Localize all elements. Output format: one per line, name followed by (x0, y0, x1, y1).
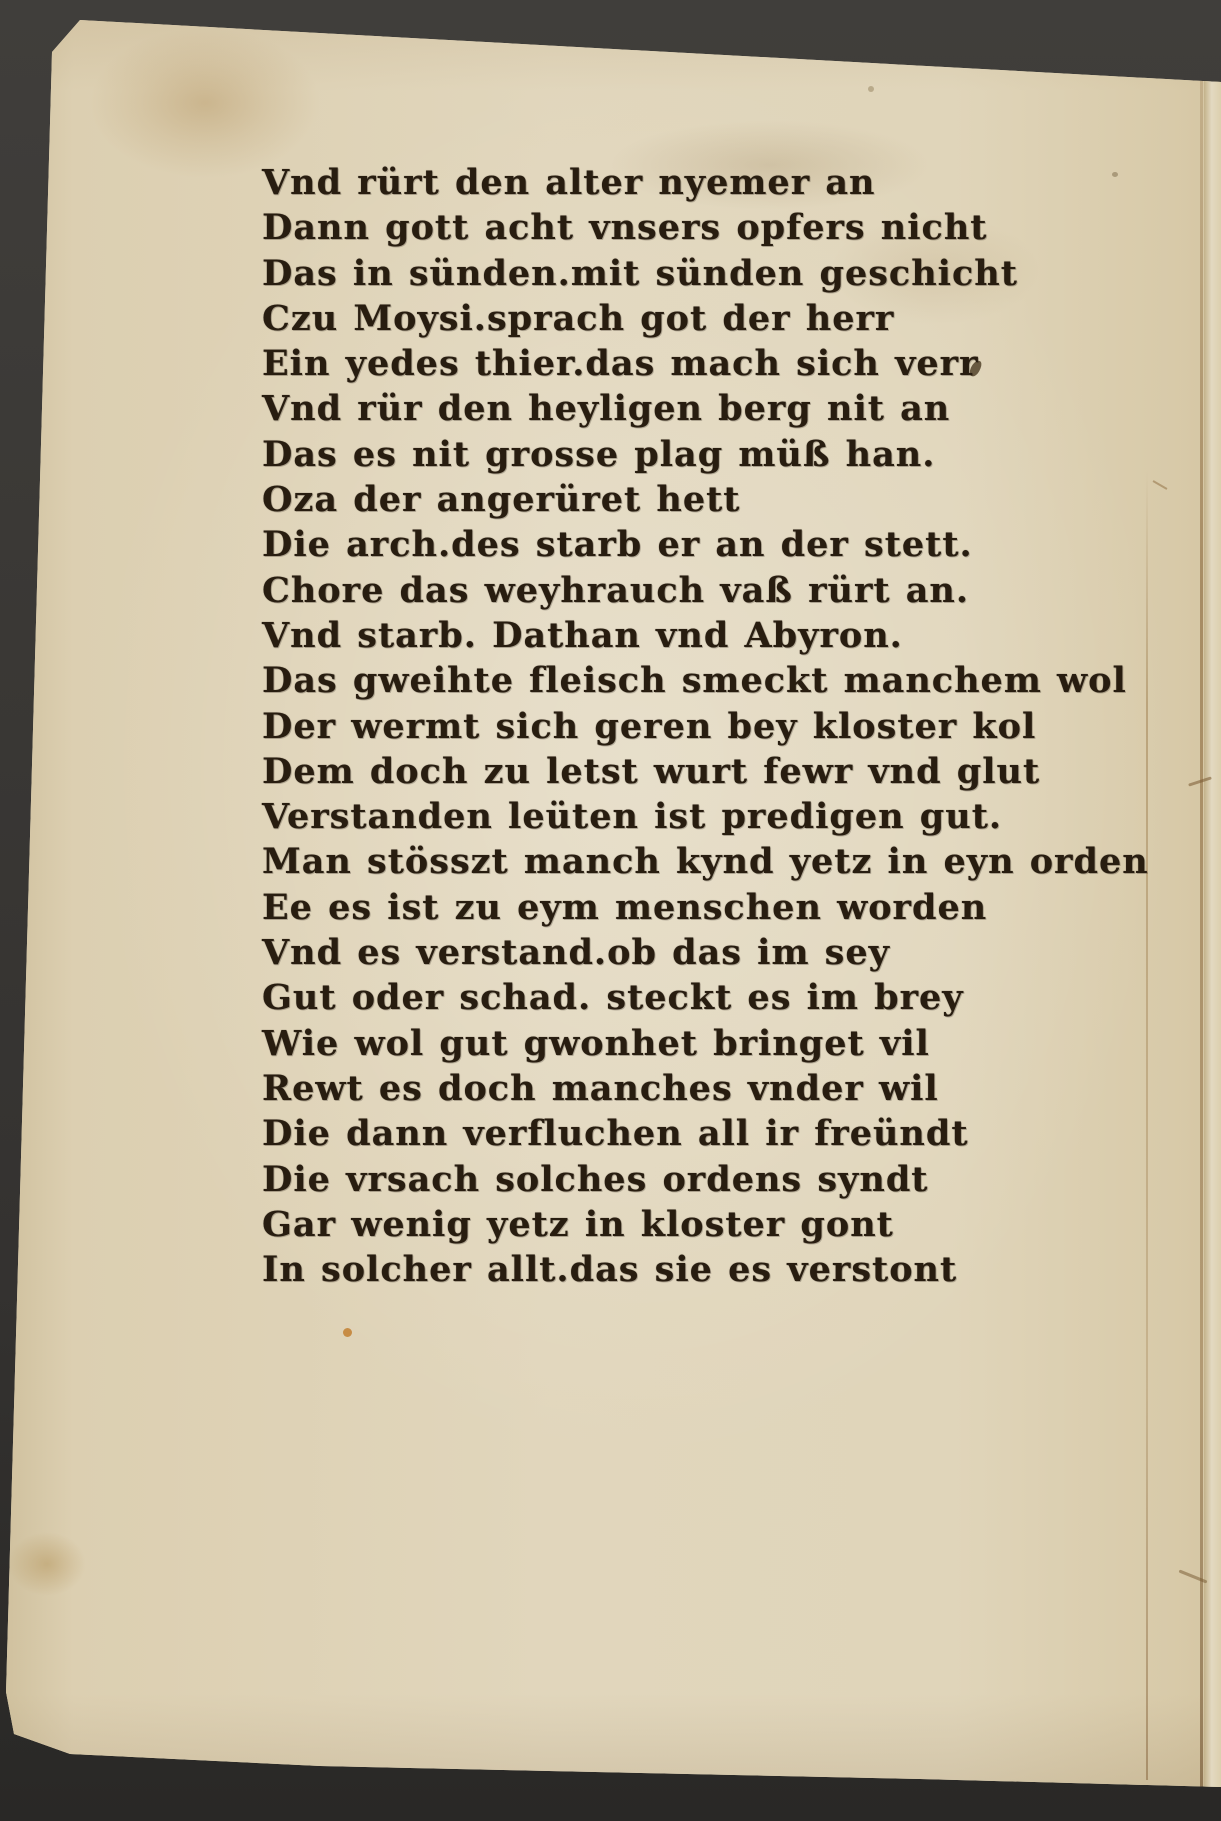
backdrop: Vnd rürt den alter nyemer an Dann gott a… (0, 0, 1221, 1821)
paper-vignette (0, 0, 1221, 1821)
book-page: Vnd rürt den alter nyemer an Dann gott a… (0, 0, 1221, 1821)
